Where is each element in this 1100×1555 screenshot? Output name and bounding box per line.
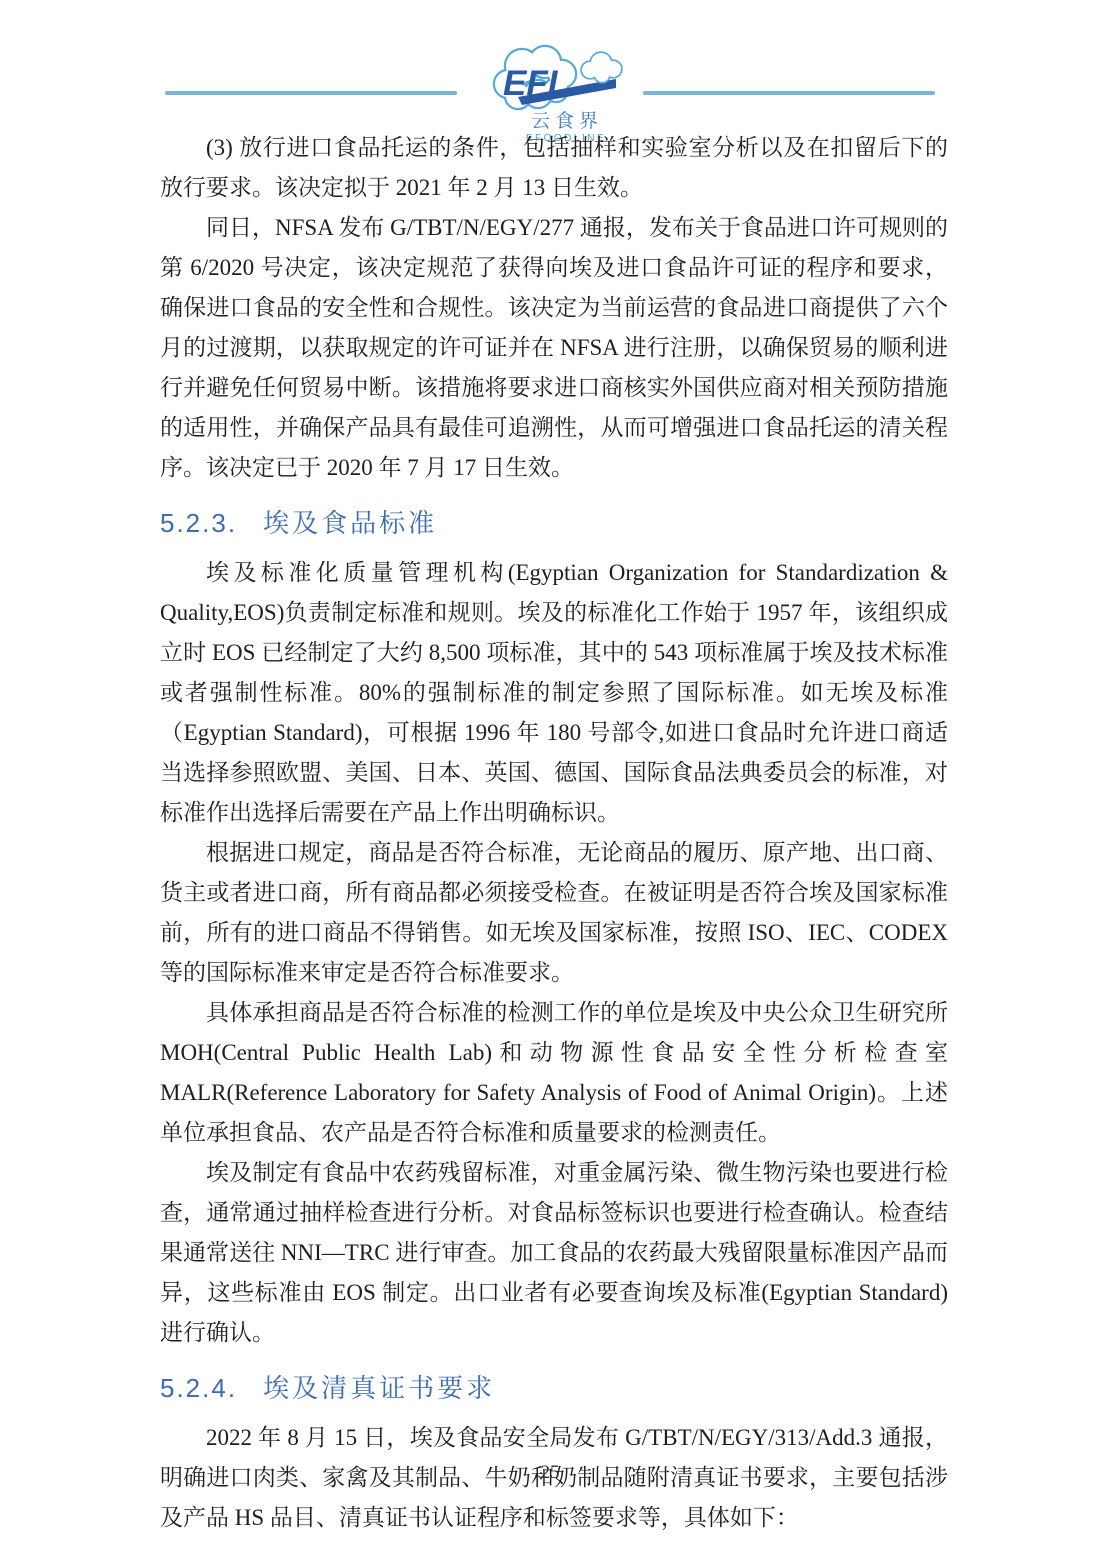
page-number: 25: [0, 1462, 1100, 1484]
paragraph: 同日，NFSA 发布 G/TBT/N/EGY/277 通报，发布关于食品进口许可…: [160, 208, 948, 488]
document-page: EFL 云食界 EFOODLINE (3) 放行进口食品托运的条件，包括抽样和实…: [0, 0, 1100, 1555]
paragraph: 埃及标准化质量管理机构(Egyptian Organization for St…: [160, 553, 948, 833]
logo-efl-text: EFL: [503, 64, 569, 103]
document-body: (3) 放行进口食品托运的条件，包括抽样和实验室分析以及在扣留后下的放行要求。该…: [160, 128, 948, 1538]
section-heading: 5.2.3.埃及食品标准: [160, 501, 948, 546]
section-heading: 5.2.4.埃及清真证书要求: [160, 1366, 948, 1411]
paragraph: 具体承担商品是否符合标准的检测工作的单位是埃及中央公众卫生研究所 MOH(Cen…: [160, 993, 948, 1153]
section-title: 埃及食品标准: [263, 509, 437, 538]
paragraph: 根据进口规定，商品是否符合标准，无论商品的履历、原产地、出口商、货主或者进口商，…: [160, 833, 948, 993]
section-number: 5.2.3.: [160, 508, 237, 538]
header-rule-left: [165, 91, 457, 95]
cloud-logo-icon: EFL: [490, 44, 630, 116]
section-number: 5.2.4.: [160, 1373, 237, 1403]
header-rule-right: [643, 91, 935, 95]
section-title: 埃及清真证书要求: [263, 1374, 495, 1403]
paragraph: (3) 放行进口食品托运的条件，包括抽样和实验室分析以及在扣留后下的放行要求。该…: [160, 128, 948, 208]
paragraph: 埃及制定有食品中农药残留标准，对重金属污染、微生物污染也要进行检查，通常通过抽样…: [160, 1153, 948, 1353]
